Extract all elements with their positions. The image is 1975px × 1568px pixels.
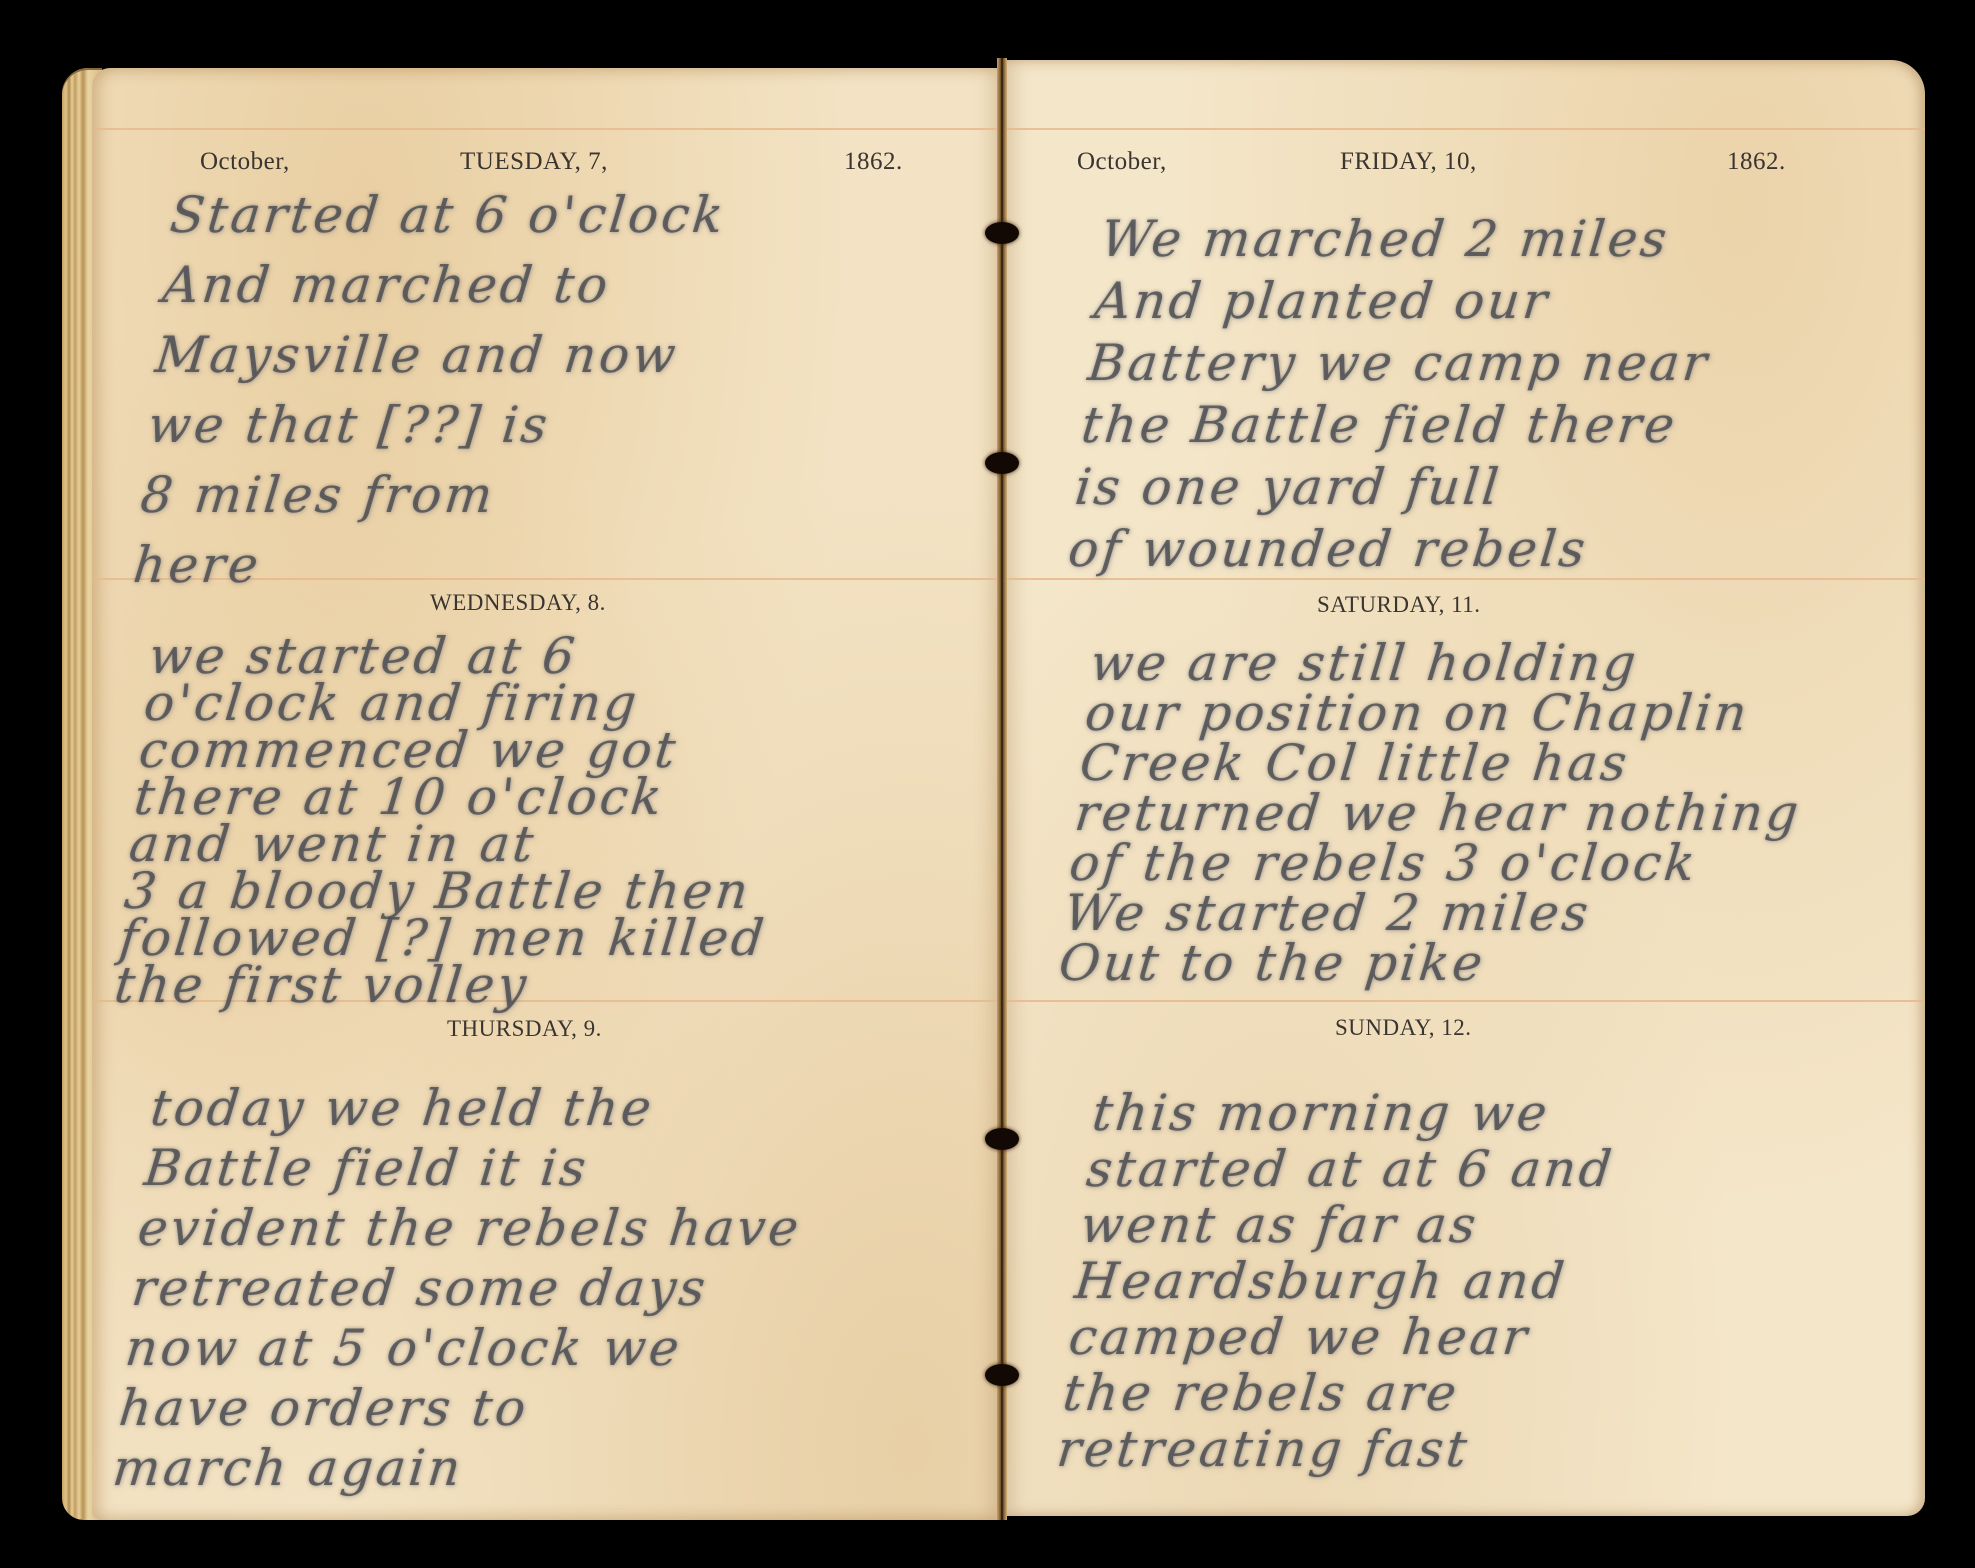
book-spine	[997, 58, 1007, 1520]
entry-thursday-text: today we held the Battle field it is evi…	[110, 1078, 1000, 1498]
header-year: 1862.	[1727, 148, 1786, 176]
entry-tuesday-text: Started at 6 o'clock And marched to Mays…	[130, 180, 994, 600]
binding-hole	[985, 1364, 1019, 1386]
entry-sunday-text: this morning we started at at 6 and went…	[1054, 1085, 1925, 1477]
header-day: FRIDAY, 10,	[1340, 148, 1477, 176]
header-day: TUESDAY, 7,	[460, 148, 608, 176]
header-month: October,	[200, 148, 290, 176]
day-label-saturday: SATURDAY, 11.	[1317, 592, 1481, 618]
right-page: October, FRIDAY, 10, 1862. We marched 2 …	[1005, 60, 1925, 1516]
section-divider-rule	[1005, 1000, 1925, 1002]
day-label-thursday: THURSDAY, 9.	[447, 1016, 602, 1042]
binding-hole	[985, 1128, 1019, 1150]
header-rule	[1005, 128, 1925, 130]
binding-hole	[985, 452, 1019, 474]
header-month: October,	[1077, 148, 1167, 176]
header-rule	[92, 128, 1000, 130]
day-label-sunday: SUNDAY, 12.	[1335, 1015, 1472, 1041]
binding-hole	[985, 222, 1019, 244]
entry-friday-text: We marched 2 miles And planted our Batte…	[1065, 208, 1924, 580]
entry-wednesday-text: we started at 6 o'clock and firing comme…	[112, 633, 1000, 1009]
day-label-wednesday: WEDNESDAY, 8.	[430, 590, 606, 616]
entry-saturday-text: we are still holding our position on Cha…	[1057, 638, 1925, 988]
header-year: 1862.	[844, 148, 903, 176]
left-page: October, TUESDAY, 7, 1862. Started at 6 …	[92, 68, 1000, 1520]
diary-spread: October, TUESDAY, 7, 1862. Started at 6 …	[0, 0, 1975, 1568]
